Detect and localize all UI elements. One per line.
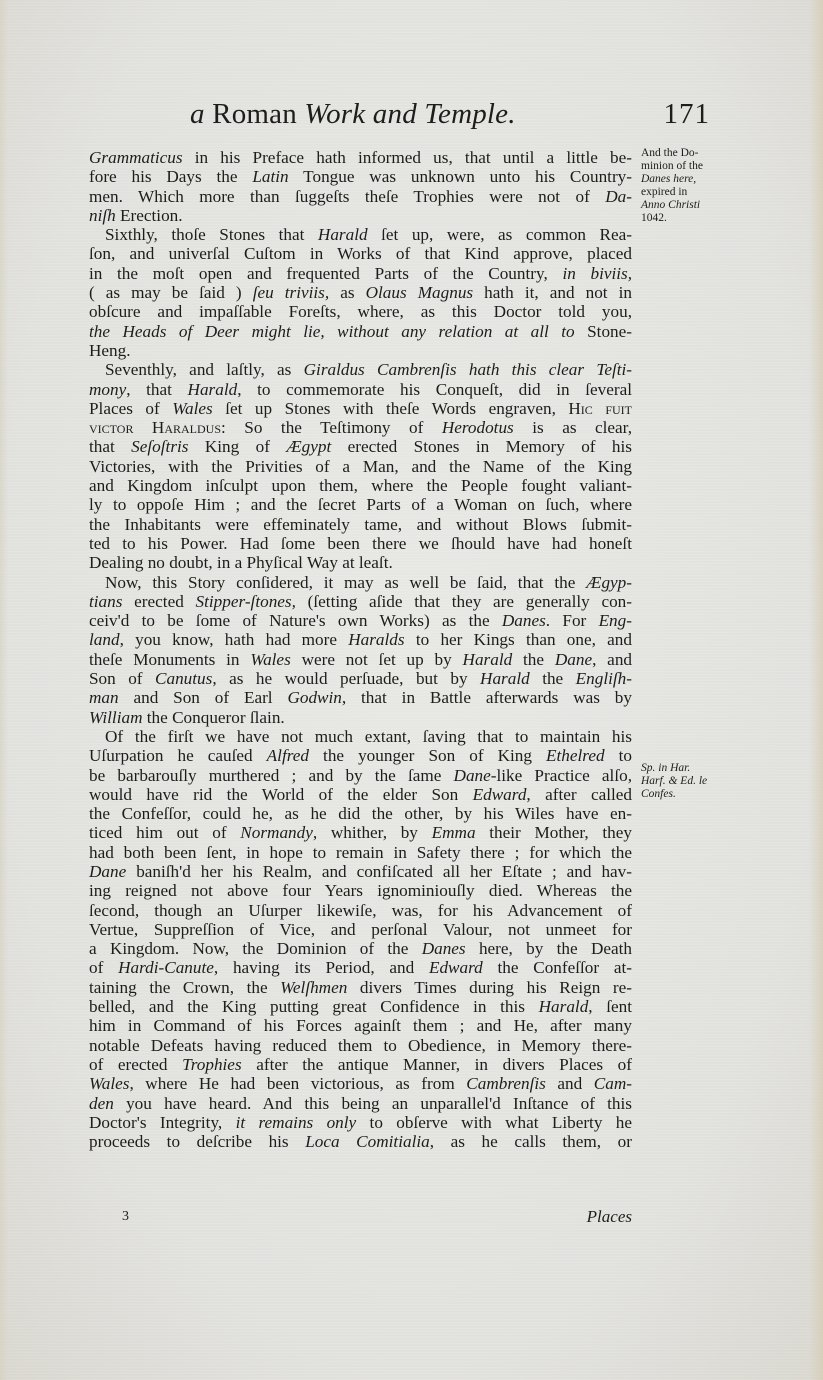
running-head-roman: Roman (212, 98, 297, 130)
page-edge-left (0, 0, 8, 1380)
page-number: 171 (664, 98, 711, 131)
text-line: Seventhly, and laſtly, as Giraldus Cambr… (89, 360, 632, 379)
text-line: taining the Crown, the Welſhmen divers T… (89, 978, 632, 997)
text-line: Victories, with the Privities of a Man, … (89, 457, 632, 476)
margin-note-speed-reference: Sp. in Har.Harf. & Ed. leConfes. (641, 762, 731, 801)
text-line: had both been ſent, in hope to remain in… (89, 843, 632, 862)
text-line: men. Which more than ſuggeſts theſe Trop… (89, 187, 632, 206)
text-line: Heng. (89, 341, 632, 360)
text-line: and Kingdom inſculpt upon them, where th… (89, 476, 632, 495)
text-line: obſcure and impaſſable Foreſts, where, a… (89, 302, 632, 321)
text-line: Vertue, Suppreſſion of Vice, and perſona… (89, 920, 632, 939)
text-line: Son of Canutus, as he would perſuade, bu… (89, 669, 632, 688)
margin-note-line: Anno Christi (641, 199, 731, 212)
text-line: Doctor's Integrity, it remains only to o… (89, 1113, 632, 1132)
margin-note-line: Harf. & Ed. le (641, 775, 731, 788)
text-line: Of the firſt we have not much extant, ſa… (89, 727, 632, 746)
text-line: ly to oppoſe Him ; and the ſecret Parts … (89, 495, 632, 514)
margin-note-line: Danes here, (641, 173, 731, 186)
text-line: land, you know, hath had more Haralds to… (89, 630, 632, 649)
text-line: ted to his Power. Had ſome been there we… (89, 534, 632, 553)
signature-mark: 3 (122, 1209, 129, 1225)
text-line: a Kingdom. Now, the Dominion of the Dane… (89, 939, 632, 958)
running-head-article: a (190, 98, 205, 130)
text-line: victor Haraldus: So the Teſtimony of Her… (89, 418, 632, 437)
page-edge-right (809, 0, 823, 1380)
text-line: man and Son of Earl Godwin, that in Batt… (89, 688, 632, 707)
text-line: in the moſt open and frequented Parts of… (89, 264, 632, 283)
text-line: ſecond, though an Uſurper likewiſe, was,… (89, 901, 632, 920)
text-line: ticed him out of Normandy, whither, by E… (89, 823, 632, 842)
text-line: the Inhabitants were effeminately tame, … (89, 515, 632, 534)
text-line: of Hardi-Canute, having its Period, and … (89, 958, 632, 977)
text-line: proceeds to deſcribe his Loca Comitialia… (89, 1132, 632, 1151)
text-line: him in Command of his Forces againſt the… (89, 1016, 632, 1035)
text-line: fore his Days the Latin Tongue was unkno… (89, 167, 632, 186)
margin-note-line: 1042. (641, 212, 731, 225)
text-line: mony, that Harald, to commemorate his Co… (89, 380, 632, 399)
margin-note-line: And the Do- (641, 147, 731, 160)
text-line: theſe Monuments in Wales were not ſet up… (89, 650, 632, 669)
running-head-title: a Roman Work and Temple. (190, 98, 516, 131)
text-line: would have rid the World of the elder So… (89, 785, 632, 804)
text-line: Sixthly, thoſe Stones that Harald ſet up… (89, 225, 632, 244)
text-line: Uſurpation he cauſed Alfred the younger … (89, 746, 632, 765)
text-line: Now, this Story conſidered, it may as we… (89, 573, 632, 592)
text-line: William the Conqueror ſlain. (89, 708, 632, 727)
text-line: niſh Erection. (89, 206, 632, 225)
text-line: belled, and the King putting great Confi… (89, 997, 632, 1016)
text-line: den you have heard. And this being an un… (89, 1094, 632, 1113)
text-line: ( as may be ſaid ) ſeu triviis, as Olaus… (89, 283, 632, 302)
text-line: that Seſoſtris King of Ægypt erected Sto… (89, 437, 632, 456)
text-line: of erected Trophies after the antique Ma… (89, 1055, 632, 1074)
margin-note-line: minion of the (641, 160, 731, 173)
text-line: notable Defeats having reduced them to O… (89, 1036, 632, 1055)
text-line: be barbarouſly murthered ; and by the ſa… (89, 766, 632, 785)
text-line: ing reigned not above four Years ignomin… (89, 881, 632, 900)
text-line: the Heads of Deer might lie, without any… (89, 322, 632, 341)
running-head: a Roman Work and Temple. 171 (190, 98, 710, 138)
text-line: Places of Wales ſet up Stones with theſe… (89, 399, 632, 418)
margin-note-line: Sp. in Har. (641, 762, 731, 775)
text-line: ſon, and univerſal Cuſtom in Works of th… (89, 244, 632, 263)
margin-note-line: expired in (641, 186, 731, 199)
text-line: Grammaticus in his Preface hath informed… (89, 148, 632, 167)
text-line: Dane baniſh'd her his Realm, and confiſc… (89, 862, 632, 881)
text-line: Dealing no doubt, in a Phyſical Way at l… (89, 553, 632, 572)
text-line: Wales, where He had been victorious, as … (89, 1074, 632, 1093)
text-line: ceiv'd to be ſome of Nature's own Works)… (89, 611, 632, 630)
text-line: the Confeſſor, could he, as he did the o… (89, 804, 632, 823)
page-footer: 3 Places (89, 1207, 632, 1227)
catchword: Places (587, 1207, 632, 1227)
margin-note-line: Confes. (641, 788, 731, 801)
margin-note-danes-dominion: And the Do-minion of theDanes here,expir… (641, 147, 731, 225)
running-head-italic: Work and Temple. (304, 98, 515, 130)
body-text: Grammaticus in his Preface hath informed… (89, 148, 632, 1151)
text-line: tians erected Stipper-ſtones, (ſetting a… (89, 592, 632, 611)
